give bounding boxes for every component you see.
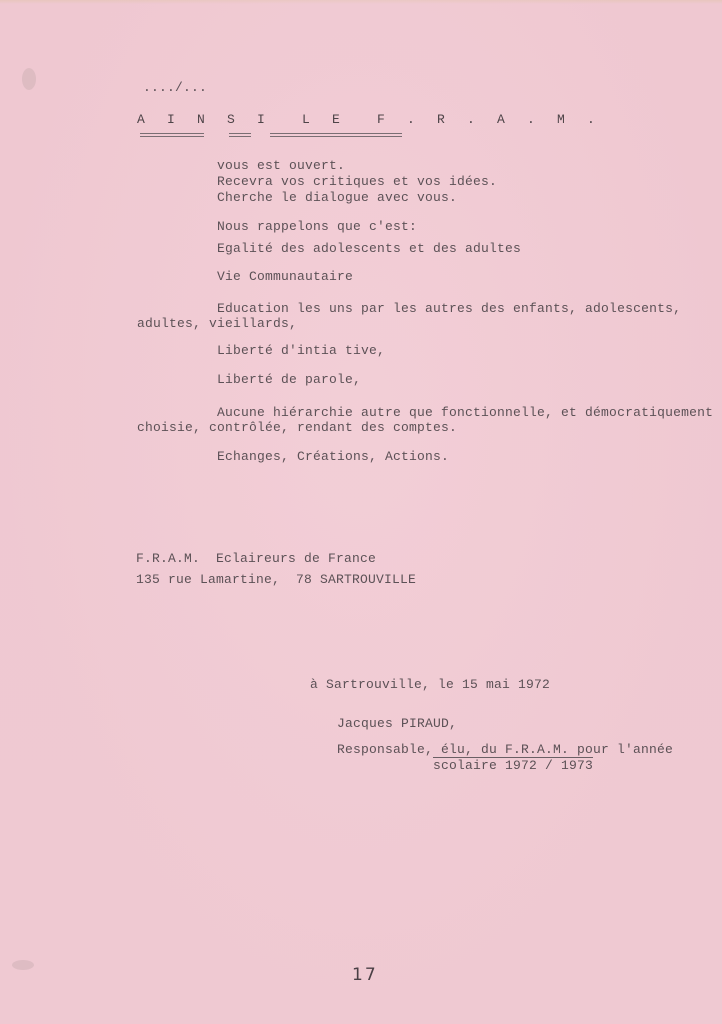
address-street: 135 rue Lamartine, 78 SARTROUVILLE bbox=[136, 572, 416, 588]
signatory-title-line-1: Responsable, élu, du F.R.A.M. pour l'ann… bbox=[337, 742, 673, 758]
paper-stain-bottom-left bbox=[12, 960, 34, 970]
heading-underline-le bbox=[229, 133, 251, 137]
heading-underline-fram bbox=[270, 133, 402, 137]
section-heading: A I N S I L E F . R . A . M . bbox=[137, 112, 602, 127]
intro-line-3: Cherche le dialogue avec vous. bbox=[217, 190, 457, 206]
principle-hierarchy-line-2: choisie, contrôlée, rendant des comptes. bbox=[137, 420, 457, 436]
principle-initiative: Liberté d'intia tive, bbox=[217, 343, 385, 359]
principle-exchanges: Echanges, Créations, Actions. bbox=[217, 449, 449, 465]
principle-speech: Liberté de parole, bbox=[217, 372, 361, 388]
address-organization: F.R.A.M. Eclaireurs de France bbox=[136, 551, 376, 567]
intro-line-1: vous est ouvert. bbox=[217, 158, 345, 174]
heading-underline-ainsi bbox=[140, 133, 204, 137]
place-and-date: à Sartrouville, le 15 mai 1972 bbox=[310, 677, 550, 693]
paper-stain-top-left bbox=[22, 68, 36, 90]
reminder-text: Nous rappelons que c'est: bbox=[217, 219, 417, 235]
page-number: 17 bbox=[352, 965, 378, 985]
continuation-mark: ..../... bbox=[143, 80, 207, 96]
signatory-title-line-2: scolaire 1972 / 1973 bbox=[433, 757, 593, 774]
principle-community: Vie Communautaire bbox=[217, 269, 353, 285]
principle-education-line-1: Education les uns par les autres des enf… bbox=[217, 301, 681, 317]
document-page: ..../... A I N S I L E F . R . A . M . v… bbox=[0, 0, 722, 1024]
principle-hierarchy-line-1: Aucune hiérarchie autre que fonctionnell… bbox=[217, 405, 713, 421]
principle-education-line-2: adultes, vieillards, bbox=[137, 316, 297, 332]
intro-line-2: Recevra vos critiques et vos idées. bbox=[217, 174, 497, 190]
signatory-name: Jacques PIRAUD, bbox=[337, 716, 457, 732]
principle-equality: Egalité des adolescents et des adultes bbox=[217, 241, 521, 257]
